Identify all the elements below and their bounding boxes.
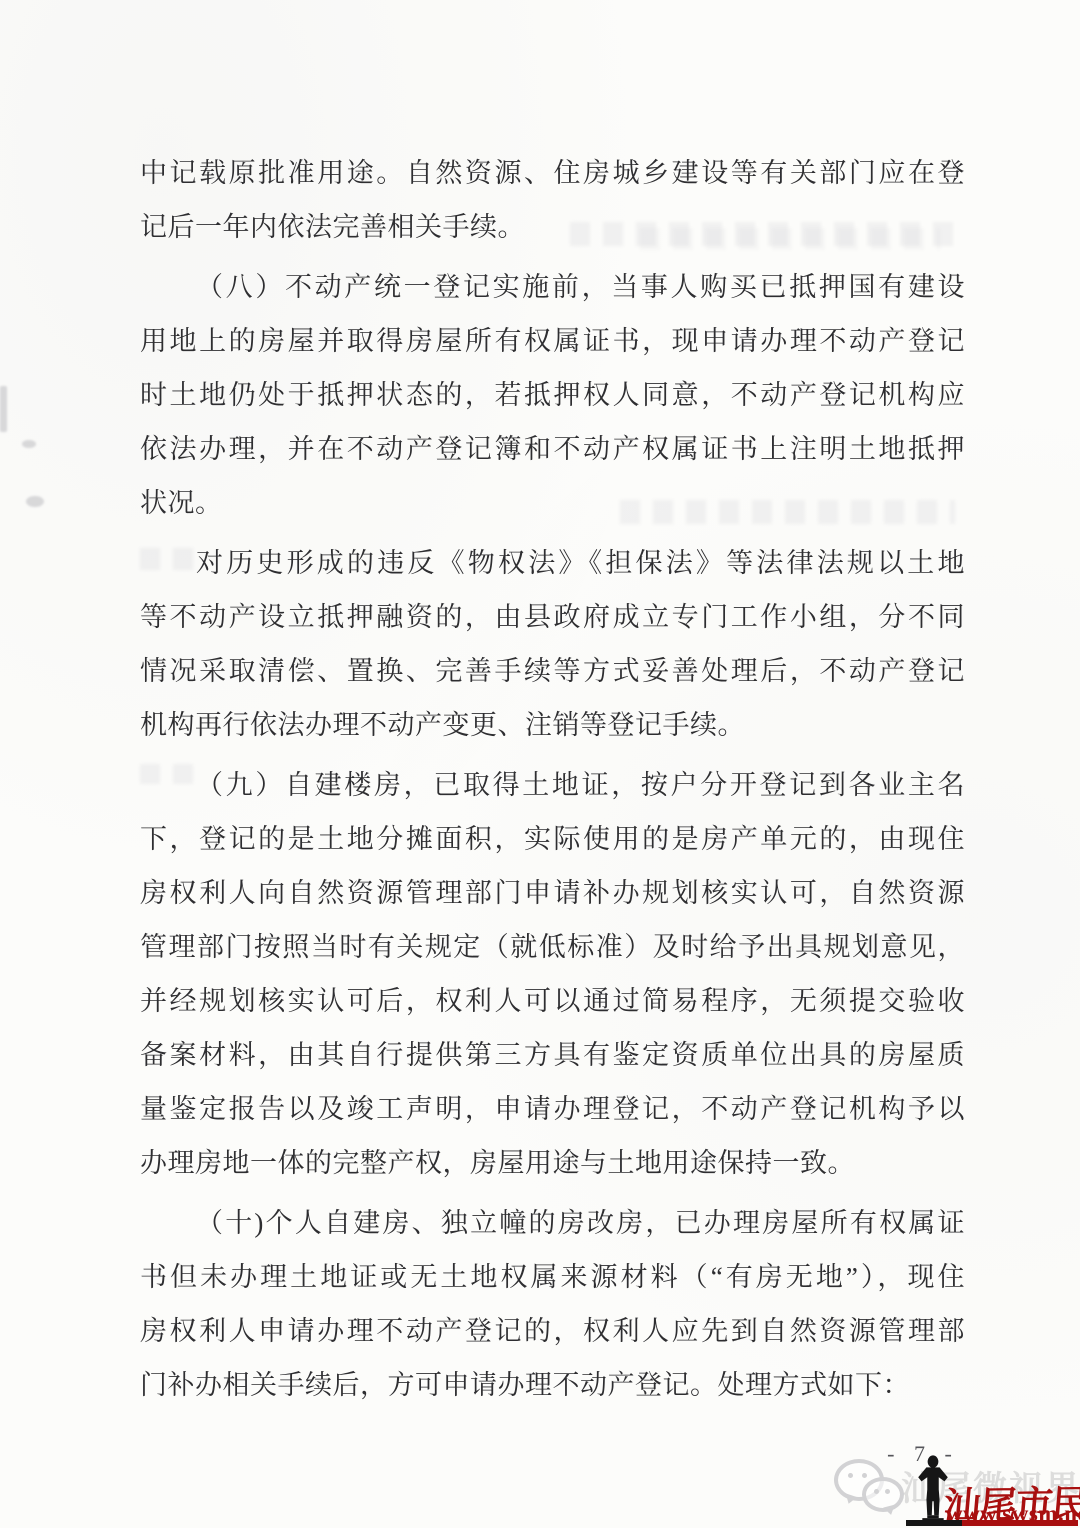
bubble-tail — [843, 1493, 857, 1505]
text-line: 中记载原批准用途。自然资源、住房城乡建设等有关部门应在登 — [140, 146, 965, 200]
text-line: 办理房地一体的完整产权，房屋用途与土地用途保持一致。 — [140, 1136, 965, 1190]
text-line: 房权利人向自然资源管理部门申请补办规划核实认可，自然资源 — [140, 866, 965, 920]
bubble-eye-dot — [848, 1473, 853, 1478]
person-silhouette-icon — [910, 1455, 956, 1521]
text-line: 房权利人申请办理不动产登记的，权利人应先到自然资源管理部 — [140, 1304, 965, 1358]
text-line: 时土地仍处于抵押状态的，若抵押权人同意，不动产登记机构应 — [140, 368, 965, 422]
text-line: 管理部门按照当时有关规定（就低标准）及时给予出具规划意见， — [140, 920, 965, 974]
bubble-eye-dot — [862, 1473, 867, 1478]
bubble-eye-dot — [874, 1489, 879, 1494]
wechat-bubble-icon — [862, 1477, 904, 1512]
text-line: 情况采取清偿、置换、完善手续等方式妥善处理后，不动产登记 — [140, 644, 965, 698]
scan-artifact — [26, 496, 44, 507]
text-line: 门补办相关手续后，方可申请办理不动产登记。处理方式如下： — [140, 1358, 965, 1412]
text-line: 等不动产设立抵押融资的，由县政府成立专门工作小组，分不同 — [140, 590, 965, 644]
text-line: 状况。 — [140, 476, 965, 530]
text-line: 依法办理，并在不动产登记簿和不动产权属证书上注明土地抵押 — [140, 422, 965, 476]
scanned-document-page: { "document": { "lines": [ "中记载原批准用途。自然资… — [0, 0, 1080, 1528]
text-line: 备案材料，由其自行提供第三方具有鉴定资质单位出具的房屋质 — [140, 1028, 965, 1082]
text-line: 记后一年内依法完善相关手续。 — [140, 200, 965, 254]
text-line: 量鉴定报告以及竣工声明，申请办理登记，不动产登记机构予以 — [140, 1082, 965, 1136]
text-line: 用地上的房屋并取得房屋所有权属证书，现申请办理不动产登记 — [140, 314, 965, 368]
text-line: （八）不动产统一登记实施前，当事人购买已抵押国有建设 — [140, 260, 965, 314]
text-line: 书但未办理土地证或无土地权属来源材料（“有房无地”），现住 — [140, 1250, 965, 1304]
text-line: 机构再行依法办理不动产变更、注销等登记手续。 — [140, 698, 965, 752]
text-line: （九）自建楼房，已取得土地证，按户分开登记到各业主名 — [140, 758, 965, 812]
bubble-tail — [883, 1505, 897, 1517]
text-line: 并经规划核实认可后，权利人可以通过简易程序，无须提交验收 — [140, 974, 965, 1028]
text-line: 对历史形成的违反《物权法》《担保法》等法律法规以土地 — [140, 536, 965, 590]
text-line: （十)个人自建房、独立幢的房改房，已办理房屋所有权属证 — [140, 1196, 965, 1250]
scan-artifact — [0, 386, 7, 432]
document-body: 中记载原批准用途。自然资源、住房城乡建设等有关部门应在登 记后一年内依法完善相关… — [140, 146, 965, 1412]
text-line: 下，登记的是土地分摊面积，实际使用的是房产单元的，由现住 — [140, 812, 965, 866]
bubble-eye-dot — [885, 1489, 890, 1494]
scan-artifact — [22, 440, 36, 448]
